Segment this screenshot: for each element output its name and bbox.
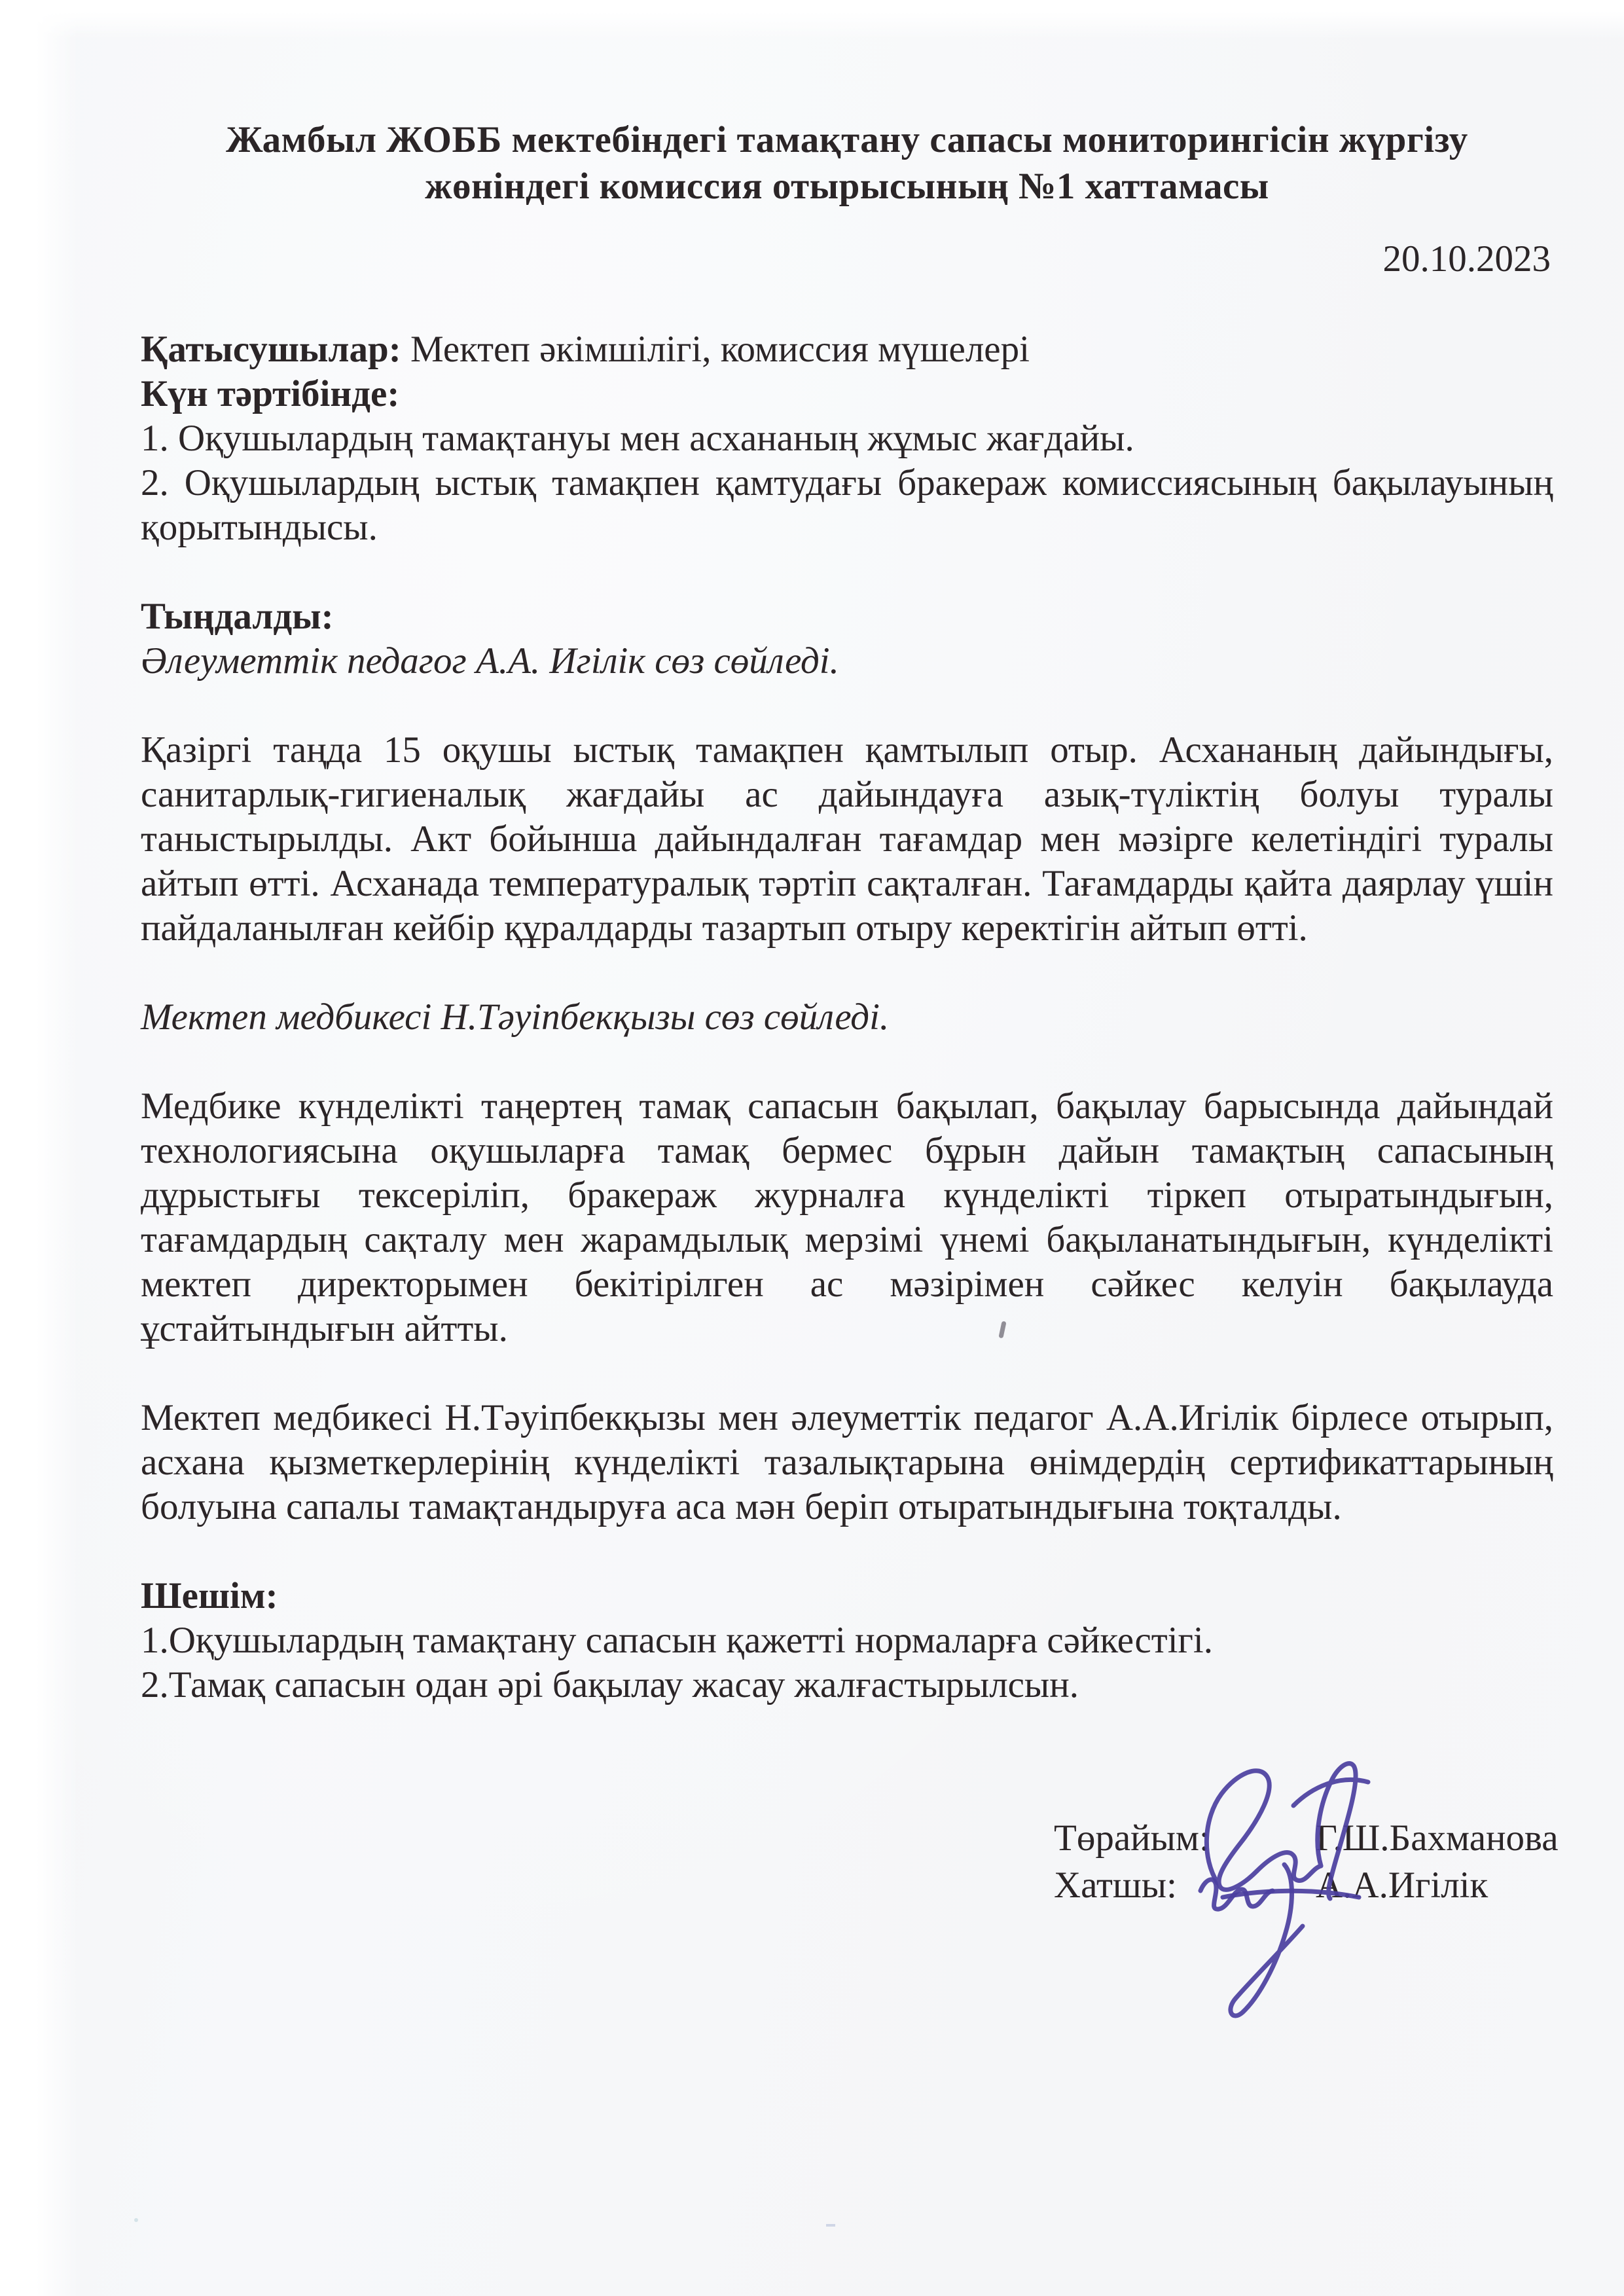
- speaker2-intro: Мектеп медбикесі Н.Тәуіпбекқызы сөз сөйл…: [141, 995, 1553, 1040]
- secretary-role-label: Хатшы:: [1054, 1862, 1177, 1909]
- scanned-protocol-page: Жамбыл ЖОББ мектебіндегі тамақтану сапас…: [0, 0, 1624, 2296]
- agenda-item-1: 1. Оқушылардың тамақтануы мен асхананың …: [141, 416, 1553, 461]
- participants-label: Қатысушылар:: [141, 329, 401, 370]
- decision-item-2: 2.Тамақ сапасын одан әрі бақылау жасау ж…: [141, 1663, 1553, 1707]
- scan-speck: [134, 2218, 138, 2222]
- document-title: Жамбыл ЖОББ мектебіндегі тамақтану сапас…: [225, 117, 1469, 210]
- paragraph-1: Қазіргі таңда 15 оқушы ыстық тамақпен қа…: [141, 728, 1553, 951]
- speaker1-intro: Әлеуметтік педагог А.А. Игілік сөз сөйле…: [141, 639, 1553, 683]
- participants-value: Мектеп әкімшілігі, комиссия мүшелері: [401, 329, 1030, 370]
- participants-line: Қатысушылар: Мектеп әкімшілігі, комиссия…: [141, 327, 1553, 372]
- paragraph-3: Мектеп медбикесі Н.Тәуіпбекқызы мен әлеу…: [141, 1396, 1553, 1529]
- paragraph-2: Медбике күнделікті таңертең тамақ сапасы…: [141, 1084, 1553, 1351]
- secretary-name: А.А.Игілік: [1316, 1862, 1488, 1909]
- decision-label: Шешім:: [141, 1574, 1553, 1618]
- agenda-item-2: 2. Оқушылардың ыстық тамақпен қамтудағы …: [141, 461, 1553, 550]
- chairman-name: Г.Ш.Бахманова: [1316, 1815, 1559, 1862]
- chairman-row: Төрайым: Г.Ш.Бахманова: [1054, 1815, 1571, 1862]
- document-body: Жамбыл ЖОББ мектебіндегі тамақтану сапас…: [141, 0, 1553, 1707]
- document-date: 20.10.2023: [141, 237, 1553, 282]
- decision-item-1: 1.Оқушылардың тамақтану сапасын қажетті …: [141, 1618, 1553, 1663]
- chairman-role-label: Төрайым:: [1054, 1815, 1210, 1862]
- signature-block: Төрайым: Г.Ш.Бахманова Хатшы: А.А.Игілік: [1054, 1815, 1571, 1909]
- secretary-row: Хатшы: А.А.Игілік: [1054, 1862, 1571, 1909]
- agenda-label: Күн тәртібінде:: [141, 372, 1553, 416]
- heard-label: Тыңдалды:: [141, 594, 1553, 639]
- scan-speck: [826, 2224, 835, 2227]
